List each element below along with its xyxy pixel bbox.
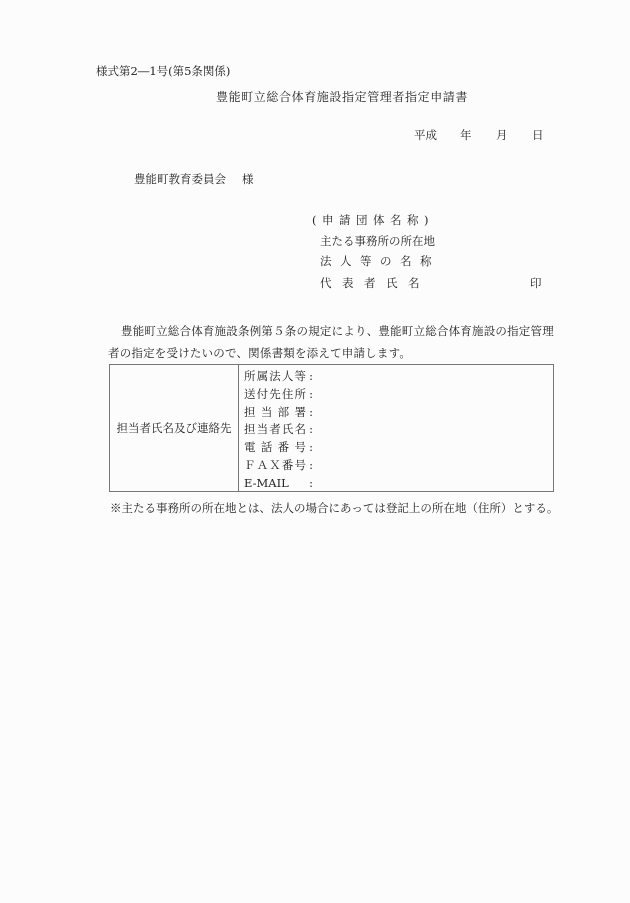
phone-field[interactable] [316,439,553,457]
field-label: ＦＡＸ番号 [244,457,306,475]
contact-name-field[interactable] [316,421,553,439]
field-colon: : [306,386,316,404]
field-label: 電話番号 [244,439,306,457]
department-field[interactable] [316,404,553,422]
field-label: 所属法人等 [244,368,306,386]
mailing-address-field[interactable] [316,386,553,404]
field-label: 送付先住所 [244,386,306,404]
field-row-contact-name: 担当者氏名 : [244,421,553,439]
field-label: 担当者氏名 [244,421,306,439]
date-year-label: 年 [460,130,472,142]
applicant-representative-label: 代表者氏名 [320,278,430,290]
affiliation-field[interactable] [316,368,553,386]
application-statement: 豊能町立総合体育施設条例第５条の規定により、豊能町立総合体育施設の指定管理者の指… [108,320,556,364]
footnote: ※主たる事務所の所在地とは、法人の場合にあっては登記上の所在地（住所）とする。 [110,503,558,515]
email-field[interactable] [316,475,553,493]
field-colon: : [306,368,316,386]
date-era: 平成 [414,130,437,142]
field-row-affiliation: 所属法人等 : [244,368,553,386]
addressee-honorific: 様 [242,174,254,186]
field-colon: : [306,475,316,493]
date-day-label: 日 [532,130,544,142]
field-row-email: E-MAIL : [244,475,553,493]
applicant-corporation-name-label: 法人等の名称 [320,256,440,268]
field-row-department: 担当部署 : [244,404,553,422]
field-row-mailing-address: 送付先住所 : [244,386,553,404]
field-label: E-MAIL [244,475,306,493]
contact-table-header: 担当者氏名及び連絡先 [110,365,239,491]
field-label: 担当部署 [244,404,306,422]
fax-field[interactable] [316,457,553,475]
field-colon: : [306,439,316,457]
form-number: 様式第2―1号(第5条関係) [96,66,230,78]
field-row-fax: ＦＡＸ番号 : [244,457,553,475]
applicant-office-address-label: 主たる事務所の所在地 [320,236,435,248]
addressee-name: 豊能町教育委員会 [134,174,226,186]
contact-table: 担当者氏名及び連絡先 所属法人等 : 送付先住所 : 担当部署 : 担当者氏名 … [109,364,554,492]
field-colon: : [306,404,316,422]
field-row-phone: 電話番号 : [244,439,553,457]
document-title: 豊能町立総合体育施設指定管理者指定申請書 [216,91,468,103]
contact-fields: 所属法人等 : 送付先住所 : 担当部署 : 担当者氏名 : 電話番号 : ＦＡ… [239,365,553,491]
seal-mark: 印 [530,278,542,290]
field-colon: : [306,457,316,475]
field-colon: : [306,421,316,439]
applicant-org-name-label: (申請団体名称) [312,215,434,227]
date-month-label: 月 [496,130,508,142]
